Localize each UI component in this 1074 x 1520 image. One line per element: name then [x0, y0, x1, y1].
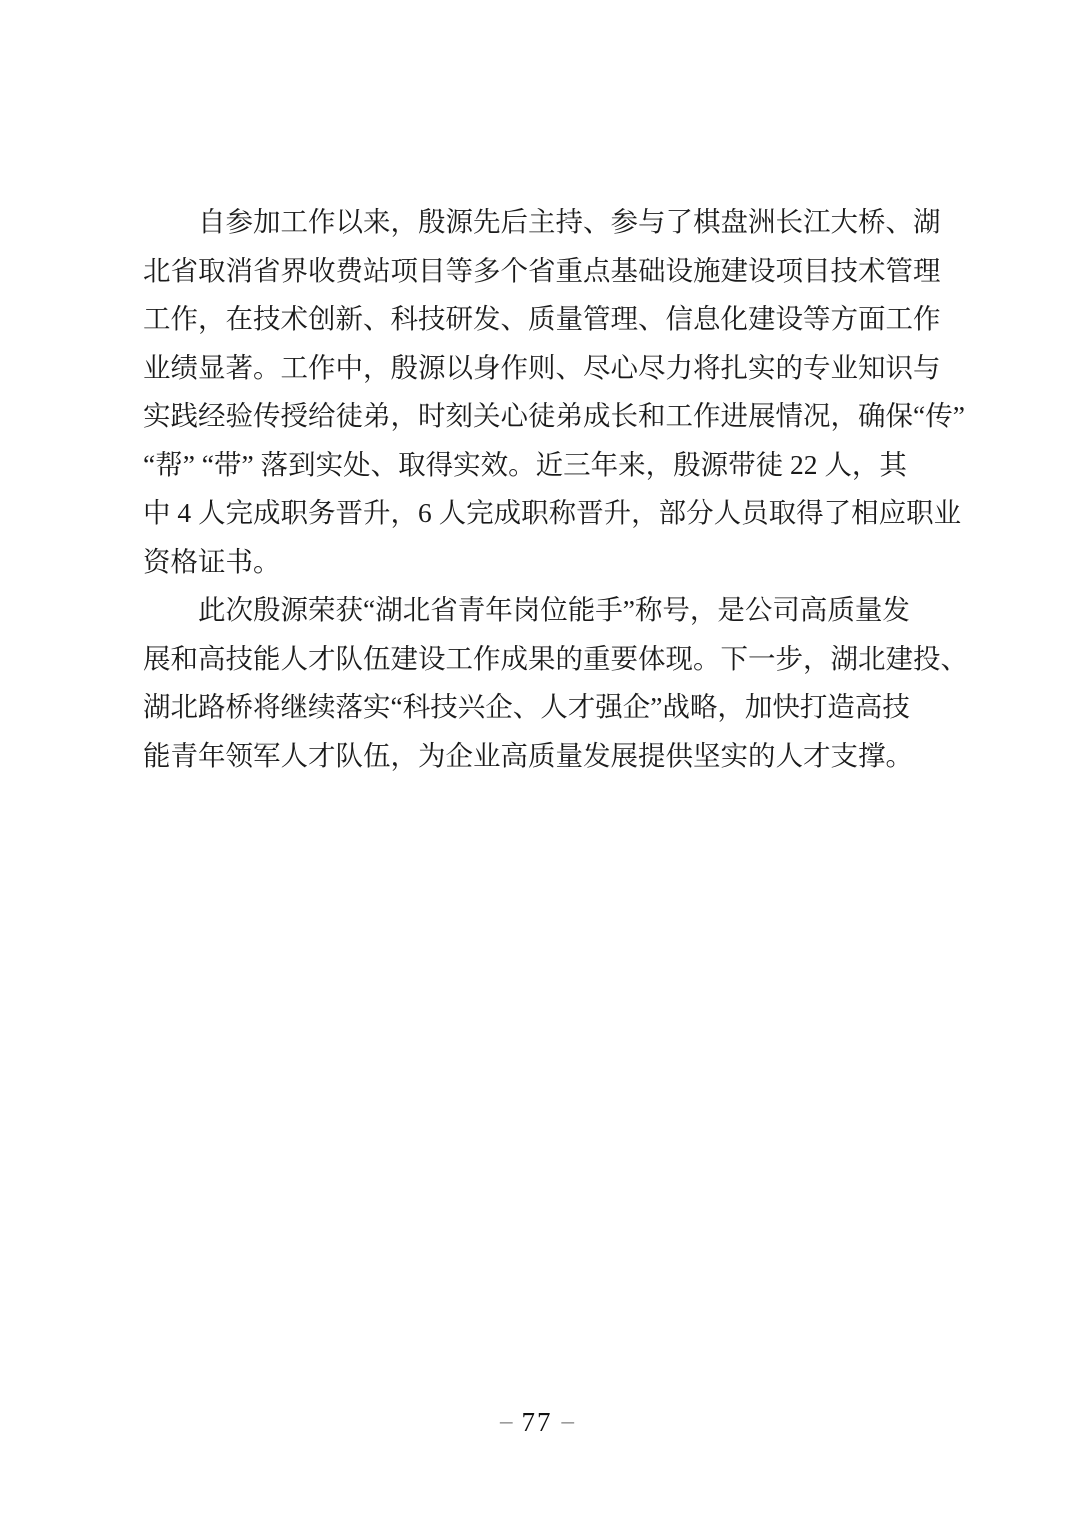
paragraph-1-line-7: 中 4 人完成职务晋升，6 人完成职称晋升，部分人员取得了相应职业	[143, 489, 949, 538]
page-number: 77	[522, 1407, 553, 1437]
footer-dash-left: –	[500, 1408, 513, 1435]
paragraph-1-line-2: 北省取消省界收费站项目等多个省重点基础设施建设项目技术管理	[143, 247, 949, 296]
document-page: 自参加工作以来，殷源先后主持、参与了棋盘洲长江大桥、湖 北省取消省界收费站项目等…	[0, 0, 1074, 1520]
footer-dash-right: –	[562, 1408, 575, 1435]
paragraph-2-line-4: 能青年领军人才队伍，为企业高质量发展提供坚实的人才支撑。	[143, 732, 949, 781]
paragraph-1-line-5: 实践经验传授给徒弟，时刻关心徒弟成长和工作进展情况，确保“传”	[143, 392, 949, 441]
paragraph-2-line-1: 此次殷源荣获“湖北省青年岗位能手”称号，是公司高质量发	[143, 586, 949, 635]
document-body: 自参加工作以来，殷源先后主持、参与了棋盘洲长江大桥、湖 北省取消省界收费站项目等…	[143, 198, 949, 780]
page-footer: –77–	[0, 1404, 1074, 1442]
paragraph-1-line-6: “帮” “带” 落到实处、取得实效。近三年来，殷源带徒 22 人，其	[143, 441, 949, 490]
paragraph-2-line-2: 展和高技能人才队伍建设工作成果的重要体现。下一步，湖北建投、	[143, 635, 949, 684]
paragraph-1-line-4: 业绩显著。工作中，殷源以身作则、尽心尽力将扎实的专业知识与	[143, 344, 949, 393]
paragraph-1-line-1: 自参加工作以来，殷源先后主持、参与了棋盘洲长江大桥、湖	[143, 198, 949, 247]
paragraph-1-line-8: 资格证书。	[143, 538, 949, 587]
paragraph-1-line-3: 工作，在技术创新、科技研发、质量管理、信息化建设等方面工作	[143, 295, 949, 344]
paragraph-2-line-3: 湖北路桥将继续落实“科技兴企、人才强企”战略，加快打造高技	[143, 683, 949, 732]
